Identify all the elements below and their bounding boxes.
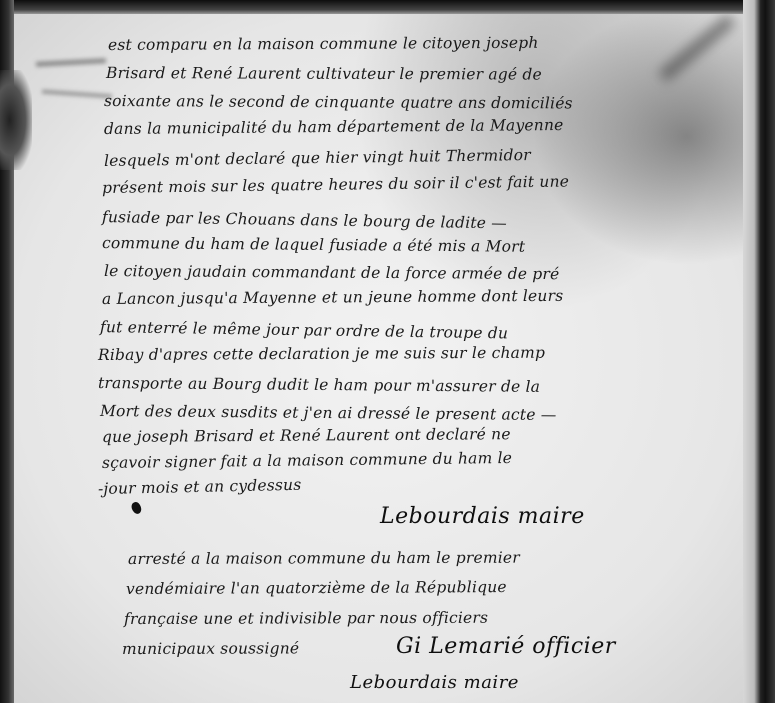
ink-blot: [130, 501, 144, 516]
text-line-12: Ribay d'apres cette declaration je me su…: [98, 344, 545, 364]
closing-line-4: municipaux soussigné: [122, 639, 299, 658]
closing-line-3: française une et indivisible par nous of…: [124, 609, 488, 628]
text-line-5: lesquels m'ont declaré que hier vingt hu…: [104, 146, 531, 170]
closing-line-1: arresté a la maison commune du ham le pr…: [128, 549, 520, 568]
closing-line-2: vendémiaire l'an quatorzième de la Répub…: [126, 578, 507, 598]
text-line-6: présent mois sur les quatre heures du so…: [102, 172, 569, 197]
scan-top-edge: [0, 0, 775, 14]
scan-right-edge: [743, 0, 775, 703]
text-line-16: sçavoir signer fait a la maison commune …: [102, 449, 512, 472]
text-line-10: a Lancon jusqu'a Mayenne et un jeune hom…: [102, 287, 563, 308]
text-line-15: que joseph Brisard et René Laurent ont d…: [102, 425, 511, 446]
text-line-1: est comparu en la maison commune le cito…: [108, 34, 539, 54]
text-line-4: dans la municipalité du ham département …: [104, 116, 564, 138]
ink-stroke-stain: [36, 58, 106, 67]
signature-officer: Gi Lemarié officier: [396, 634, 616, 659]
text-line-9: le citoyen jaudain commandant de la forc…: [104, 262, 560, 283]
water-stain: [659, 14, 736, 81]
text-line-2: Brisard et René Laurent cultivateur le p…: [106, 64, 542, 84]
scanned-document: est comparu en la maison commune le cito…: [0, 0, 775, 703]
signature-mayor-2: Lebourdais maire: [350, 672, 519, 693]
document-page: est comparu en la maison commune le cito…: [12, 12, 745, 703]
text-line-7: fusiade par les Chouans dans le bourg de…: [102, 208, 507, 232]
text-line-14: Mort des deux susdits et j'en ai dressé …: [100, 402, 557, 424]
text-line-17: -jour mois et an cydessus: [98, 476, 302, 498]
text-line-13: transporte au Bourg dudit le ham pour m'…: [98, 374, 540, 396]
binding-stain: [0, 70, 32, 170]
ink-stroke-stain: [42, 90, 112, 99]
signature-mayor: Lebourdais maire: [380, 504, 585, 529]
text-line-3: soixante ans le second de cinquante quat…: [104, 92, 573, 112]
text-line-11: fut enterré le même jour par ordre de la…: [100, 318, 508, 342]
text-line-8: commune du ham de laquel fusiade a été m…: [102, 234, 525, 256]
